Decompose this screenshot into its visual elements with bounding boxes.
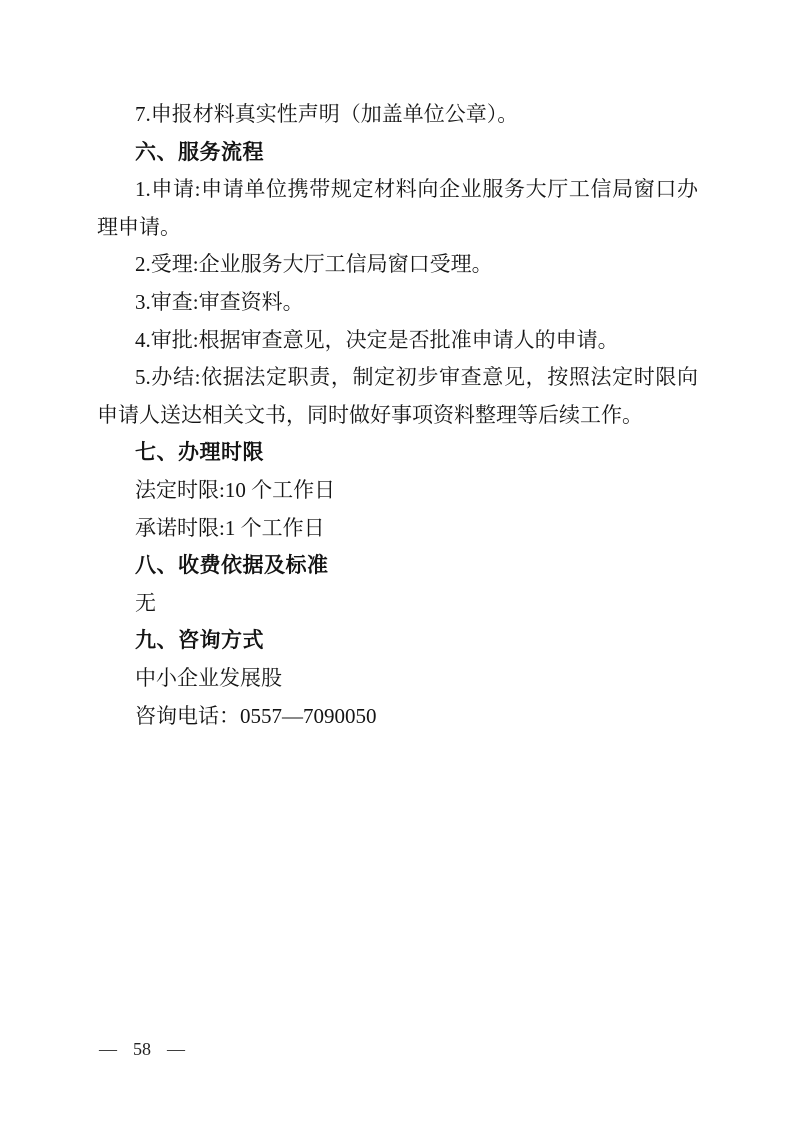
heading-six-service-process: 六、服务流程 <box>97 134 698 172</box>
para-step-4-approve: 4.审批:根据审查意见，决定是否批准申请人的申请。 <box>97 322 698 360</box>
para-step-2-accept: 2.受理:企业服务大厅工信局窗口受理。 <box>97 246 698 284</box>
para-consultation-phone: 咨询电话：0557—7090050 <box>97 698 698 736</box>
document-body: 7.申报材料真实性声明（加盖单位公章）。 六、服务流程 1.申请:申请单位携带规… <box>97 96 698 735</box>
para-declaration-7: 7.申报材料真实性声明（加盖单位公章）。 <box>97 96 698 134</box>
heading-eight-fee-basis: 八、收费依据及标准 <box>97 547 698 585</box>
page-number: 58 <box>121 1039 163 1059</box>
para-step-1-apply: 1.申请:申请单位携带规定材料向企业服务大厅工信局窗口办理申请。 <box>97 171 698 246</box>
para-promised-time-limit: 承诺时限:1 个工作日 <box>97 510 698 548</box>
para-consultation-dept: 中小企业发展股 <box>97 660 698 698</box>
footer-dash-right: — <box>163 1039 189 1059</box>
page-footer: —58— <box>95 1036 189 1062</box>
heading-seven-time-limit: 七、办理时限 <box>97 434 698 472</box>
heading-nine-consultation: 九、咨询方式 <box>97 622 698 660</box>
para-step-5-complete: 5.办结:依据法定职责，制定初步审查意见，按照法定时限向申请人送达相关文书，同时… <box>97 359 698 434</box>
document-page: 7.申报材料真实性声明（加盖单位公章）。 六、服务流程 1.申请:申请单位携带规… <box>0 0 793 1122</box>
footer-dash-left: — <box>95 1039 121 1059</box>
para-step-3-review: 3.审查:审查资料。 <box>97 284 698 322</box>
para-statutory-time-limit: 法定时限:10 个工作日 <box>97 472 698 510</box>
para-fee-none: 无 <box>97 585 698 623</box>
